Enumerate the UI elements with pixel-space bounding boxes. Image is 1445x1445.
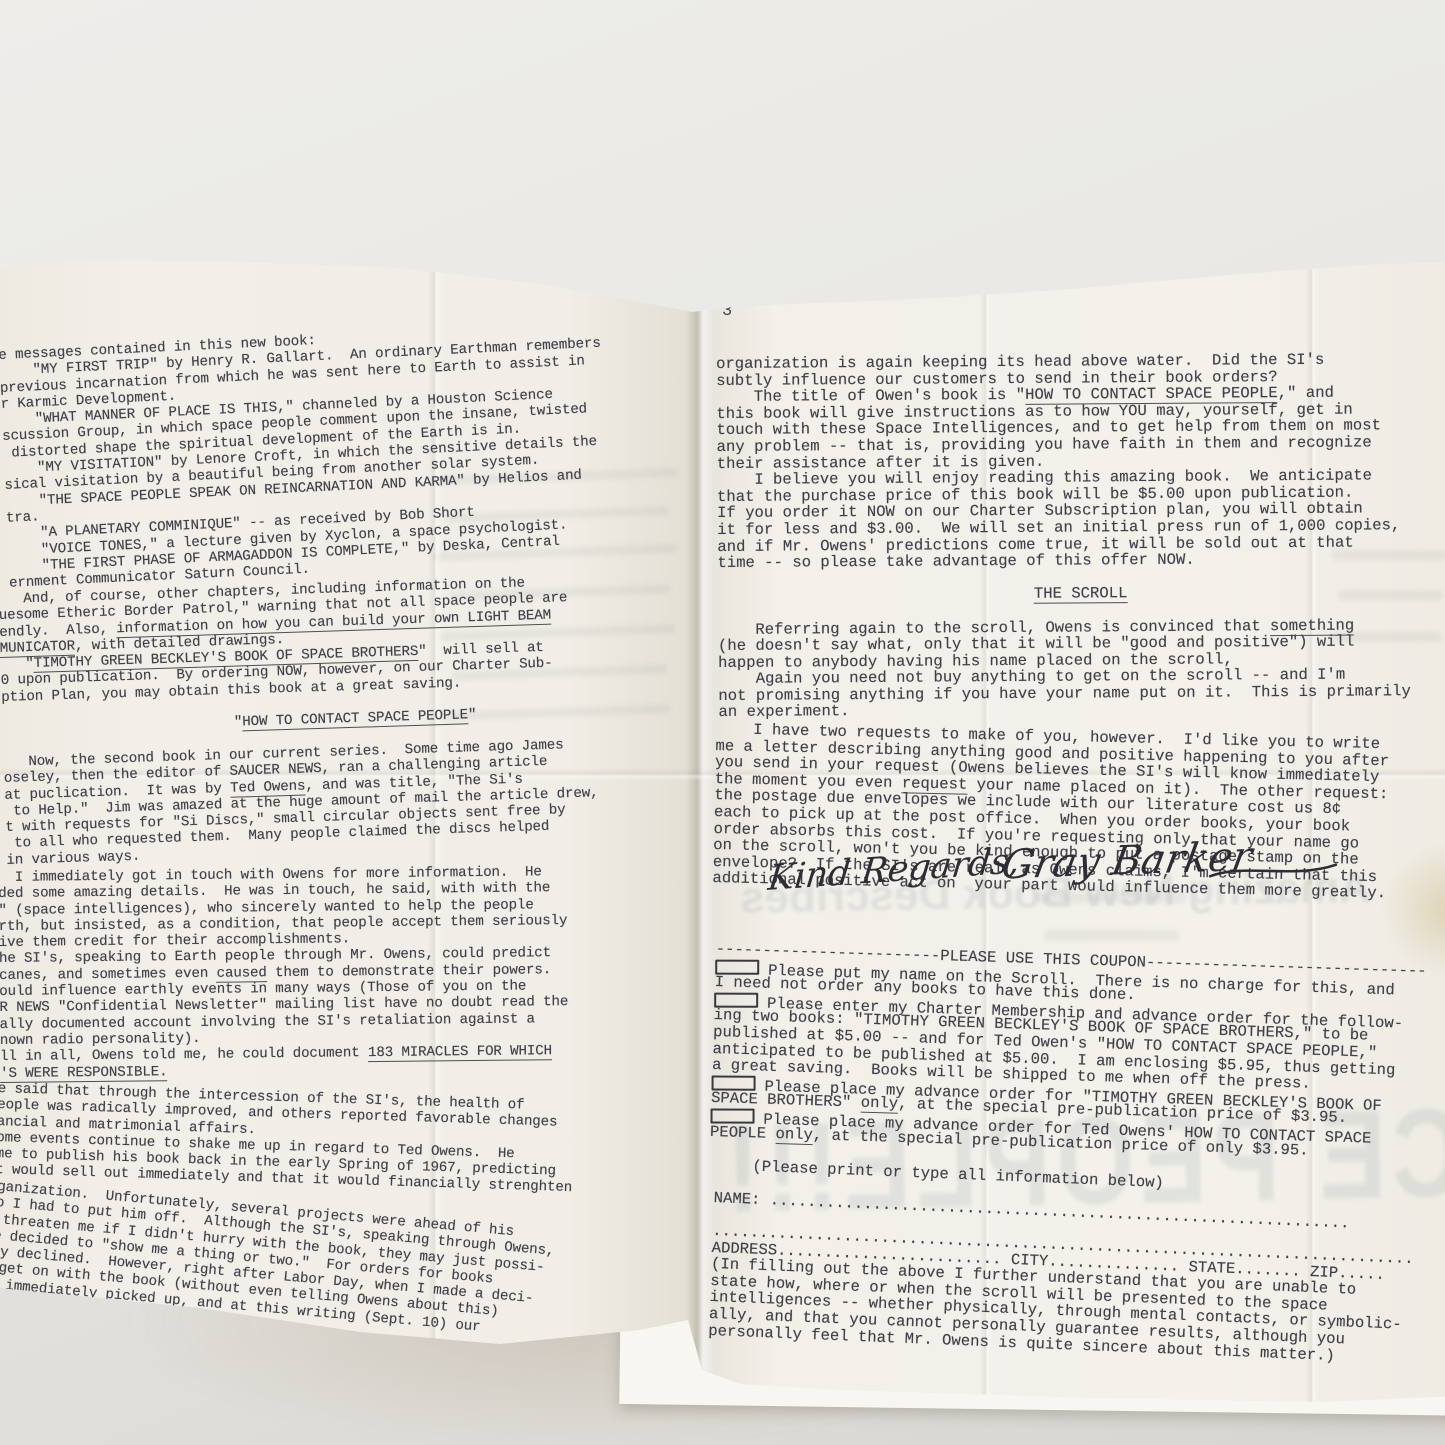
- photo-scene: Amazing New Book Describes SPACE PEOPLE!…: [0, 0, 1445, 1445]
- text-segment: ll in all, Owens told me, he could docum…: [0, 1045, 368, 1065]
- text-section: I immediately got in touch with Owens fo…: [0, 862, 706, 1081]
- text-segment: ": [468, 708, 477, 724]
- coupon-checkbox: [715, 959, 759, 974]
- underlined-text: 'S WERE RESPONSIBLE.: [0, 1063, 167, 1082]
- text-section: And, of course, other chapters, includin…: [0, 570, 712, 869]
- text-segment: tra.: [6, 509, 40, 527]
- newsletter-paper: Amazing New Book Describes SPACE PEOPLE!…: [0, 250, 1445, 1415]
- text-segment: in various ways.: [6, 849, 140, 869]
- typewritten-line: an experiment.: [718, 699, 1444, 721]
- text-section: e said that through the intercession of …: [0, 1081, 704, 1201]
- text-section: (Please print or type all information be…: [708, 1140, 1441, 1368]
- text-segment: them to demonstrate their powers.: [267, 961, 552, 980]
- underlined-text: THE SCROLL: [1034, 584, 1128, 604]
- text-segment: an experiment.: [718, 703, 849, 722]
- left-page-text-block: e messages contained in this new book: "…: [0, 348, 704, 1293]
- underlined-text: caused: [216, 964, 266, 982]
- text-segment: time -- so please take advantage of this…: [717, 551, 1194, 572]
- text-section: organization is again keeping its head a…: [716, 351, 1445, 721]
- coupon-checkbox: [711, 1108, 755, 1123]
- underlined-text: 183 MIRACLES FOR WHICH: [368, 1043, 552, 1062]
- text-segment: canes, and sometimes even: [0, 965, 217, 983]
- coupon-checkbox: [714, 992, 758, 1007]
- text-segment: ," and: [1278, 384, 1334, 402]
- coupon-checkbox: [712, 1075, 756, 1090]
- text-segment: ": [0, 657, 34, 674]
- text-segment: nown radio personality).: [0, 1030, 201, 1048]
- text-section: e messages contained in this new book: "…: [0, 315, 715, 592]
- text-section: ------------------------PLEASE USE THIS …: [710, 941, 1442, 1163]
- page-number: 3: [722, 302, 732, 321]
- signature-flourish: [1208, 856, 1339, 887]
